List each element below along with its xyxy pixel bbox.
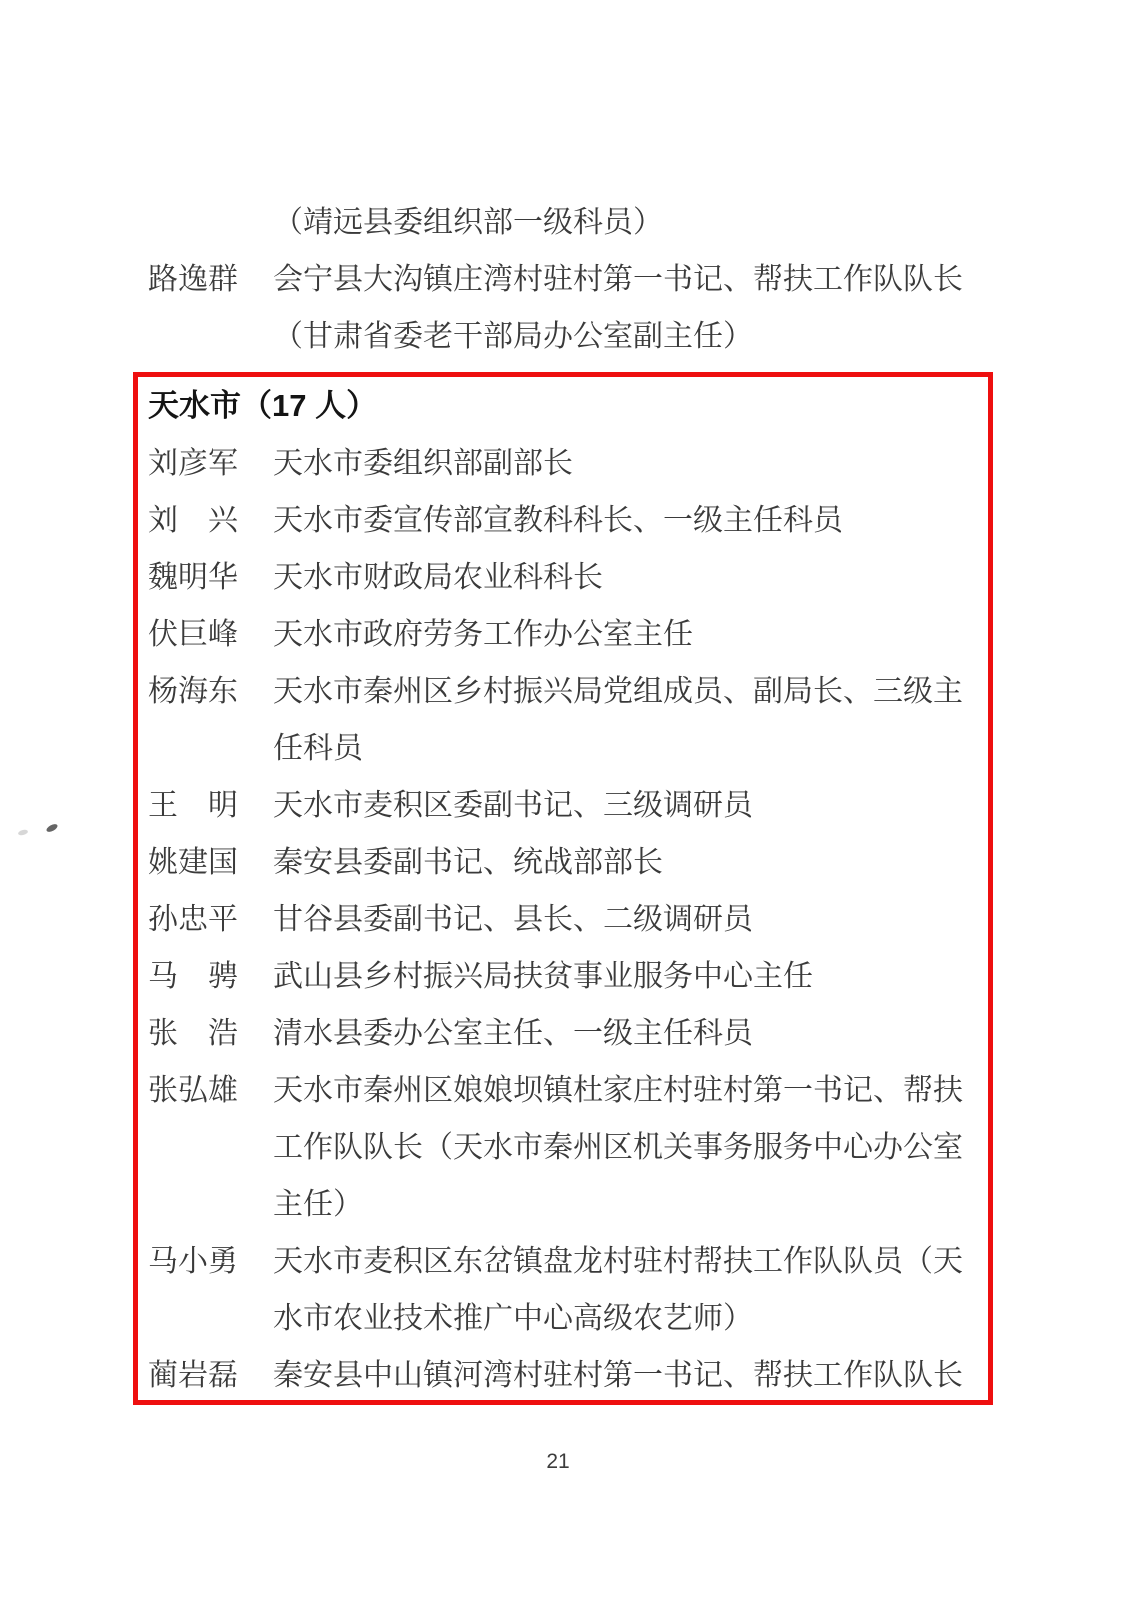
entry-name: 孙忠平 — [148, 891, 240, 948]
entry-name: 马 骋 — [148, 948, 240, 1005]
entry-position: 天水市麦积区委副书记、三级调研员 — [273, 777, 983, 834]
entry-note-line: （靖远县委组织部一级科员） — [148, 194, 988, 251]
entry-name: 刘 兴 — [148, 492, 240, 549]
entry-name: 蔺岩磊 — [148, 1347, 240, 1404]
entry-note-line: （甘肃省委老干部局办公室副主任） — [148, 308, 988, 365]
entry-row: 马小勇 天水市麦积区东岔镇盘龙村驻村帮扶工作队队员（天水市农业技术推广中心高级农… — [148, 1233, 983, 1347]
entry-position: 秦安县委副书记、统战部部长 — [273, 834, 983, 891]
entry-position: 武山县乡村振兴局扶贫事业服务中心主任 — [273, 948, 983, 1005]
entry-row: 杨海东 天水市秦州区乡村振兴局党组成员、副局长、三级主任科员 — [148, 663, 983, 777]
entry-list: 刘彦军 天水市委组织部副部长 刘 兴 天水市委宣传部宣教科科长、一级主任科员 魏… — [148, 435, 983, 1404]
entry-name: 马小勇 — [148, 1233, 240, 1290]
entry-position: 甘谷县委副书记、县长、二级调研员 — [273, 891, 983, 948]
entry-row: 张弘雄 天水市秦州区娘娘坝镇杜家庄村驻村第一书记、帮扶工作队队长（天水市秦州区机… — [148, 1062, 983, 1233]
entry-name: 路逸群 — [148, 251, 240, 308]
entry-name: 姚建国 — [148, 834, 240, 891]
entry-name: 张弘雄 — [148, 1062, 240, 1119]
document-page: （靖远县委组织部一级科员） 路逸群 会宁县大沟镇庄湾村驻村第一书记、帮扶工作队队… — [0, 0, 1132, 1600]
entry-row: 路逸群 会宁县大沟镇庄湾村驻村第一书记、帮扶工作队队长 — [148, 251, 988, 308]
entry-row: 刘彦军 天水市委组织部副部长 — [148, 435, 983, 492]
entry-row: 魏明华 天水市财政局农业科科长 — [148, 549, 983, 606]
entry-row: 姚建国 秦安县委副书记、统战部部长 — [148, 834, 983, 891]
entry-position: 天水市秦州区乡村振兴局党组成员、副局长、三级主任科员 — [273, 663, 983, 777]
entry-row: 刘 兴 天水市委宣传部宣教科科长、一级主任科员 — [148, 492, 983, 549]
section-title: 天水市（17 人） — [148, 377, 983, 435]
entry-name: 伏巨峰 — [148, 606, 240, 663]
entry-row: 王 明 天水市麦积区委副书记、三级调研员 — [148, 777, 983, 834]
entry-name: 张 浩 — [148, 1005, 240, 1062]
entry-position: 清水县委办公室主任、一级主任科员 — [273, 1005, 983, 1062]
entry-row: 马 骋 武山县乡村振兴局扶贫事业服务中心主任 — [148, 948, 983, 1005]
entry-row: 孙忠平 甘谷县委副书记、县长、二级调研员 — [148, 891, 983, 948]
entry-position: 秦安县中山镇河湾村驻村第一书记、帮扶工作队队长 — [273, 1347, 983, 1404]
entry-name: 王 明 — [148, 777, 240, 834]
entry-position: 天水市麦积区东岔镇盘龙村驻村帮扶工作队队员（天水市农业技术推广中心高级农艺师） — [273, 1233, 983, 1347]
entry-row: 蔺岩磊 秦安县中山镇河湾村驻村第一书记、帮扶工作队队长 — [148, 1347, 983, 1404]
entry-row: 张 浩 清水县委办公室主任、一级主任科员 — [148, 1005, 983, 1062]
tianshui-section: 天水市（17 人） 刘彦军 天水市委组织部副部长 刘 兴 天水市委宣传部宣教科科… — [148, 377, 983, 1404]
entry-name: 魏明华 — [148, 549, 240, 606]
scan-speck — [45, 823, 58, 834]
intro-block: （靖远县委组织部一级科员） 路逸群 会宁县大沟镇庄湾村驻村第一书记、帮扶工作队队… — [148, 194, 988, 365]
entry-position: 天水市委宣传部宣教科科长、一级主任科员 — [273, 492, 983, 549]
entry-row: 伏巨峰 天水市政府劳务工作办公室主任 — [148, 606, 983, 663]
entry-position: 天水市财政局农业科科长 — [273, 549, 983, 606]
entry-name: 杨海东 — [148, 663, 240, 720]
entry-position: 天水市委组织部副部长 — [273, 435, 983, 492]
entry-position: 天水市政府劳务工作办公室主任 — [273, 606, 983, 663]
scan-speck-faint — [18, 829, 29, 836]
entry-position: 会宁县大沟镇庄湾村驻村第一书记、帮扶工作队队长 — [273, 251, 988, 308]
page-number: 21 — [0, 1450, 1116, 1474]
entry-position: 天水市秦州区娘娘坝镇杜家庄村驻村第一书记、帮扶工作队队长（天水市秦州区机关事务服… — [273, 1062, 983, 1233]
entry-name: 刘彦军 — [148, 435, 240, 492]
